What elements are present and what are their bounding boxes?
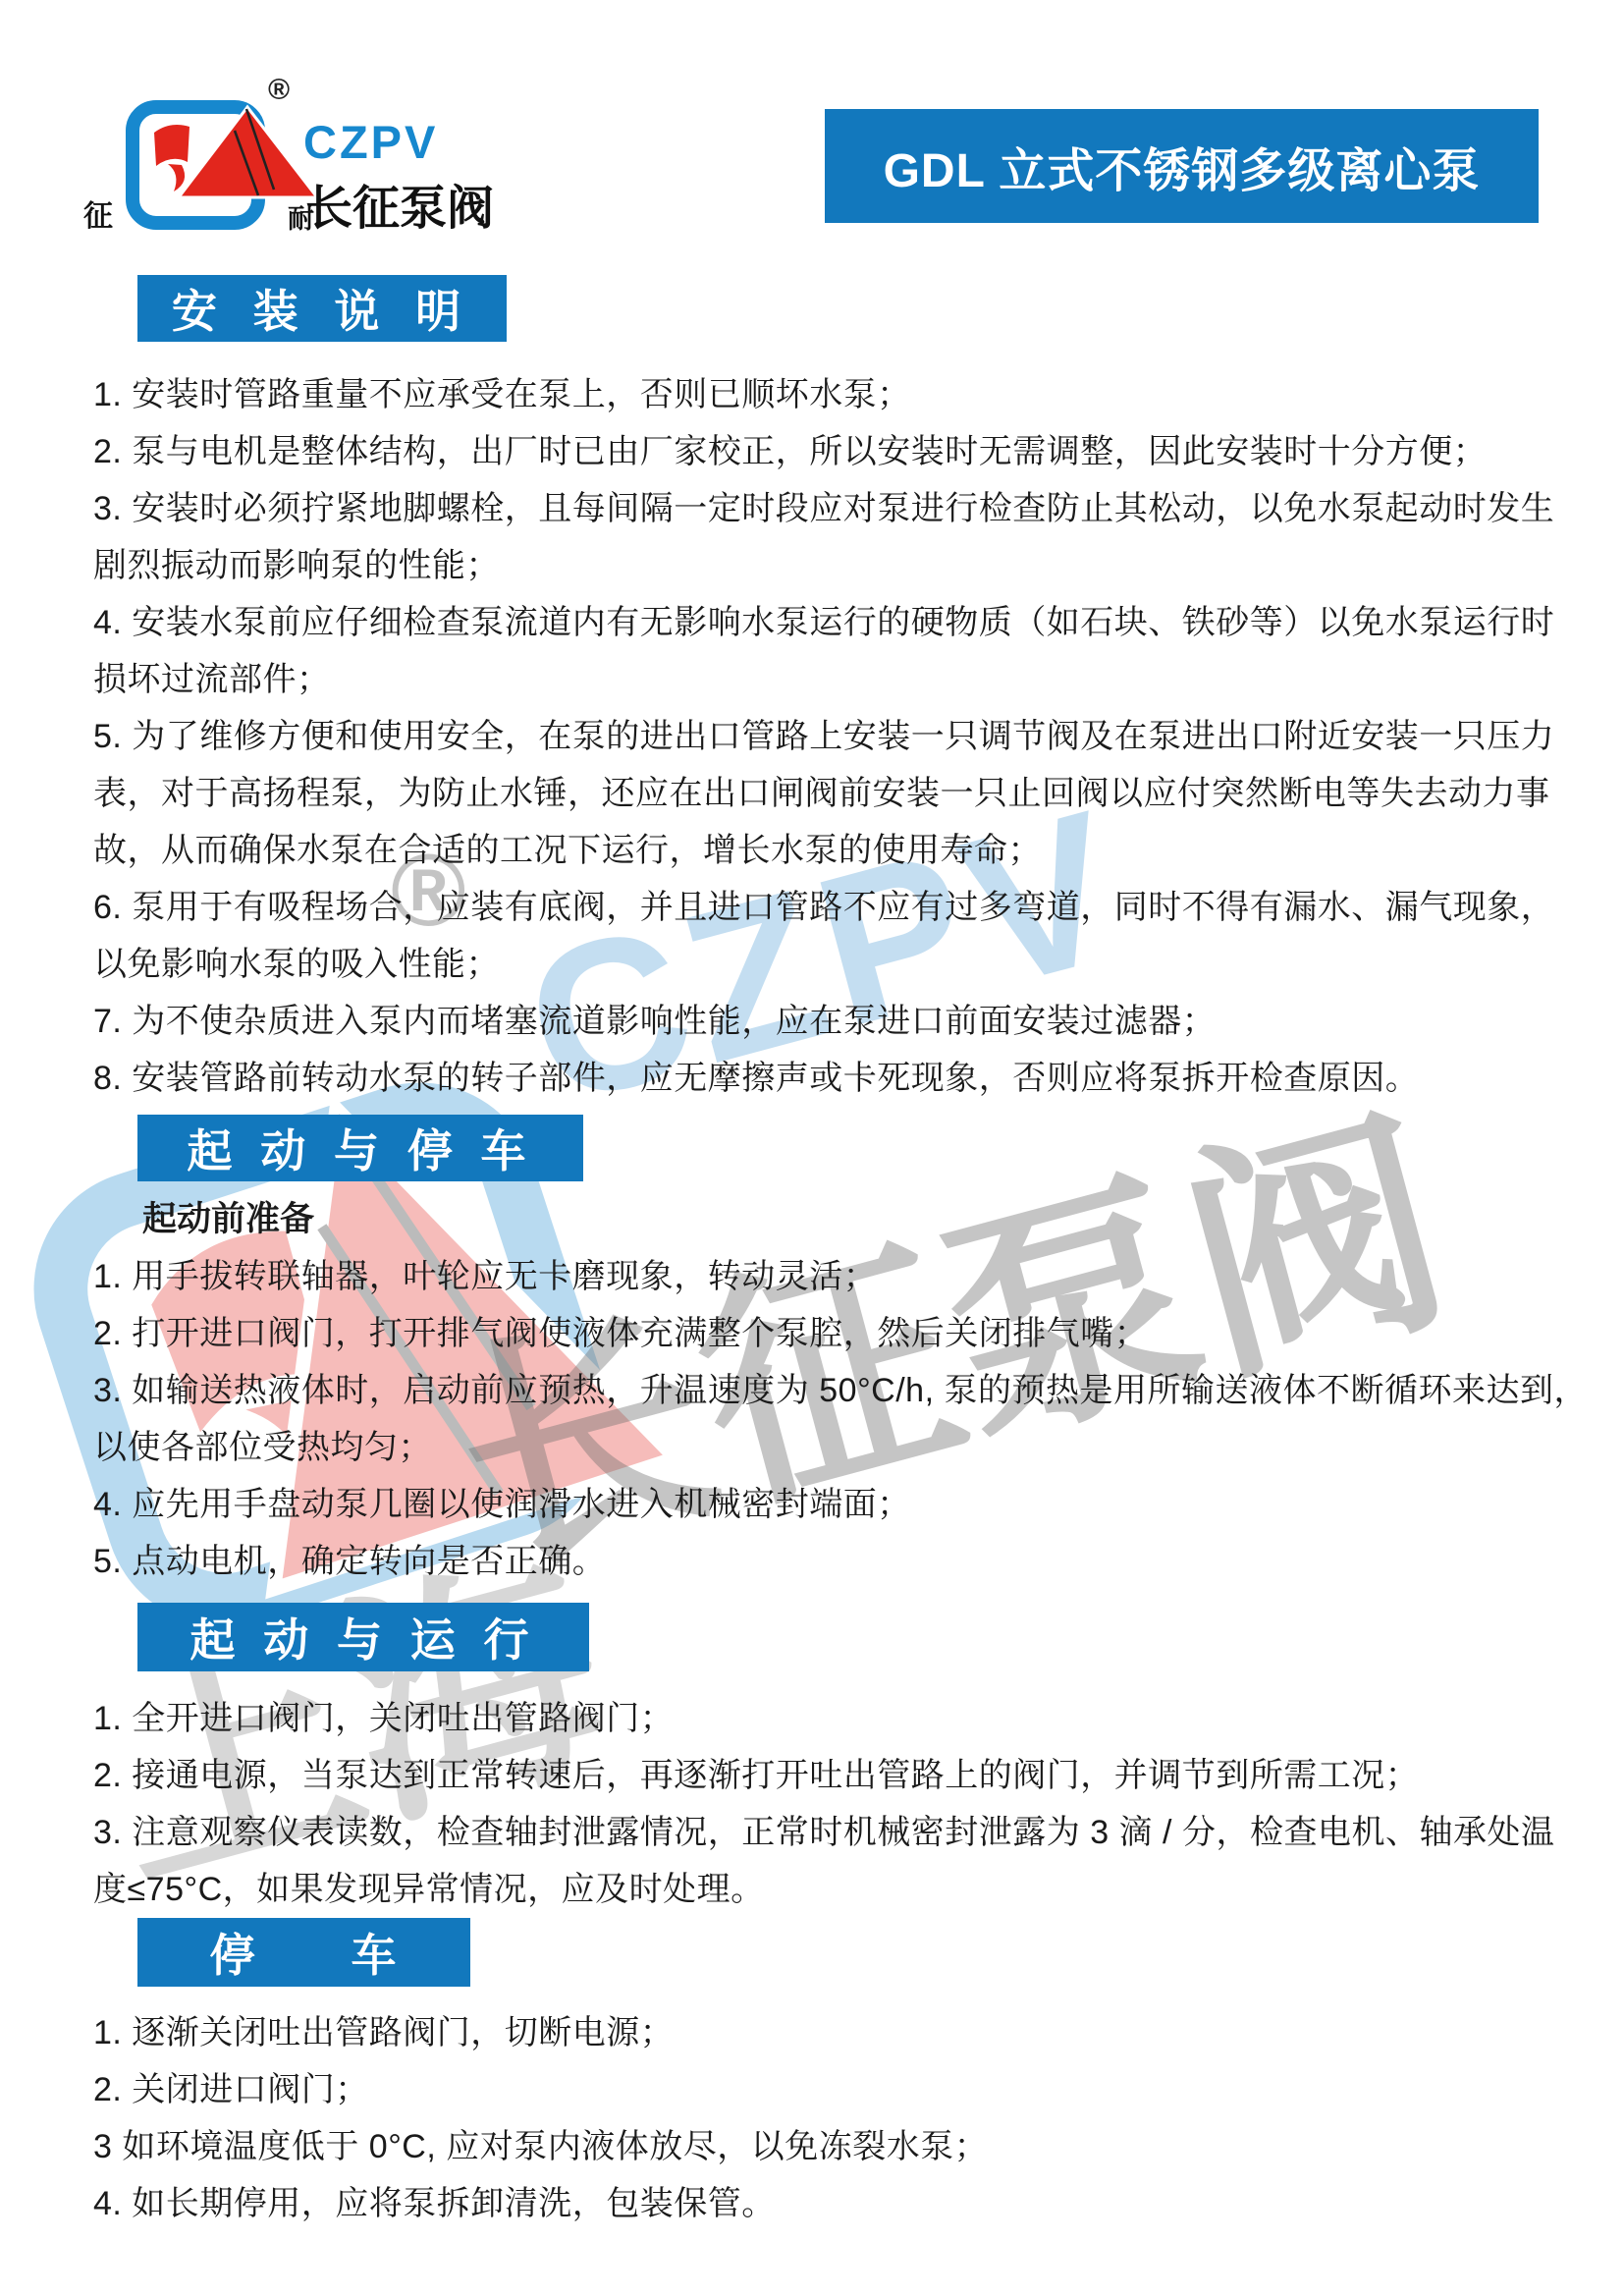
section-stop-text: 1. 逐渐关闭吐出管路阀门，切断电源；2. 关闭进口阀门；3 如环境温度低于 0… <box>93 2004 1546 2232</box>
text-line: 3. 安装时必须拧紧地脚螺栓，且每间隔一定时段应对泵进行检查防止其松动，以免水泵… <box>93 480 1546 537</box>
logo-latin-text: CZPV <box>303 115 438 169</box>
text-line: 7. 为不使杂质进入泵内而堵塞流道影响性能，应在泵进口前面安装过滤器； <box>93 993 1546 1050</box>
document-body: 安 装 说 明 1. 安装时管路重量不应承受在泵上，否则已顺坏水泵；2. 泵与电… <box>93 275 1546 2232</box>
text-line: 表，对于高扬程泵，为防止水锤，还应在出口闸阀前安装一只止回阀以应付突然断电等失去… <box>93 765 1546 822</box>
text-line: 1. 安装时管路重量不应承受在泵上，否则已顺坏水泵； <box>93 366 1546 423</box>
logo-small-left-char: 征 <box>83 191 113 235</box>
product-title-bar: GDL 立式不锈钢多级离心泵 <box>825 109 1539 223</box>
manual-page: ® CZPV 上海 长征泵阀 ® CZPV 长征泵阀 征 耐 GDL 立式不锈钢… <box>0 0 1624 2296</box>
section-heading-installation: 安 装 说 明 <box>137 275 507 342</box>
text-line: 损坏过流部件； <box>93 651 1546 708</box>
text-line: 3 如环境温度低于 0°C, 应对泵内液体放尽，以免冻裂水泵； <box>93 2118 1546 2175</box>
text-line: 剧烈振动而影响泵的性能； <box>93 537 1546 594</box>
text-line: 度≤75°C，如果发现异常情况，应及时处理。 <box>93 1861 1546 1918</box>
registered-mark: ® <box>268 74 290 107</box>
text-line: 2. 关闭进口阀门； <box>93 2061 1546 2118</box>
text-line: 3. 注意观察仪表读数，检查轴封泄露情况，正常时机械密封泄露为 3 滴 / 分，… <box>93 1804 1546 1861</box>
text-line: 5. 为了维修方便和使用安全，在泵的进出口管路上安装一只调节阀及在泵进出口附近安… <box>93 708 1546 765</box>
text-line: 2. 泵与电机是整体结构，出厂时已由厂家校正，所以安装时无需调整，因此安装时十分… <box>93 423 1546 480</box>
subheading-pre-start: 起动前准备 <box>93 1191 1546 1248</box>
text-line: 5. 点动电机，确定转向是否正确。 <box>93 1533 1546 1590</box>
text-line: 以使各部位受热均匀； <box>93 1419 1546 1476</box>
text-line: 2. 打开进口阀门，打开排气阀使液体充满整个泵腔，然后关闭排气嘴； <box>93 1305 1546 1362</box>
text-line: 3. 如输送热液体时，启动前应预热，升温速度为 50°C/h, 泵的预热是用所输… <box>93 1362 1546 1419</box>
company-logo: ® CZPV 长征泵阀 征 耐 <box>83 54 506 241</box>
section-heading-start-stop: 起 动 与 停 车 <box>137 1115 583 1181</box>
text-line: 6. 泵用于有吸程场合，应装有底阀，并且进口管路不应有过多弯道，同时不得有漏水、… <box>93 879 1546 936</box>
logo-small-right-char: 耐 <box>288 197 314 236</box>
section-heading-stop: 停 车 <box>137 1918 470 1987</box>
text-line: 故，从而确保水泵在合适的工况下运行，增长水泵的使用寿命； <box>93 822 1546 879</box>
text-line: 8. 安装管路前转动水泵的转子部件，应无摩擦声或卡死现象，否则应将泵拆开检查原因… <box>93 1050 1546 1107</box>
logo-chinese-text: 长征泵阀 <box>305 170 494 238</box>
section-start-stop-text: 1. 用手拔转联轴器，叶轮应无卡磨现象，转动灵活；2. 打开进口阀门，打开排气阀… <box>93 1248 1546 1590</box>
text-line: 1. 用手拔转联轴器，叶轮应无卡磨现象，转动灵活； <box>93 1248 1546 1305</box>
section-start-run-text: 1. 全开进口阀门，关闭吐出管路阀门；2. 接通电源，当泵达到正常转速后，再逐渐… <box>93 1690 1546 1918</box>
text-line: 4. 应先用手盘动泵几圈以使润滑水进入机械密封端面； <box>93 1476 1546 1533</box>
text-line: 4. 安装水泵前应仔细检查泵流道内有无影响水泵运行的硬物质（如石块、铁砂等）以免… <box>93 594 1546 651</box>
section-heading-start-run: 起 动 与 运 行 <box>137 1603 589 1671</box>
text-line: 2. 接通电源，当泵达到正常转速后，再逐渐打开吐出管路上的阀门，并调节到所需工况… <box>93 1747 1546 1804</box>
text-line: 1. 全开进口阀门，关闭吐出管路阀门； <box>93 1690 1546 1747</box>
text-line: 1. 逐渐关闭吐出管路阀门，切断电源； <box>93 2004 1546 2061</box>
section-installation-text: 1. 安装时管路重量不应承受在泵上，否则已顺坏水泵；2. 泵与电机是整体结构，出… <box>93 366 1546 1107</box>
text-line: 以免影响水泵的吸入性能； <box>93 936 1546 993</box>
text-line: 4. 如长期停用，应将泵拆卸清洗，包装保管。 <box>93 2175 1546 2232</box>
